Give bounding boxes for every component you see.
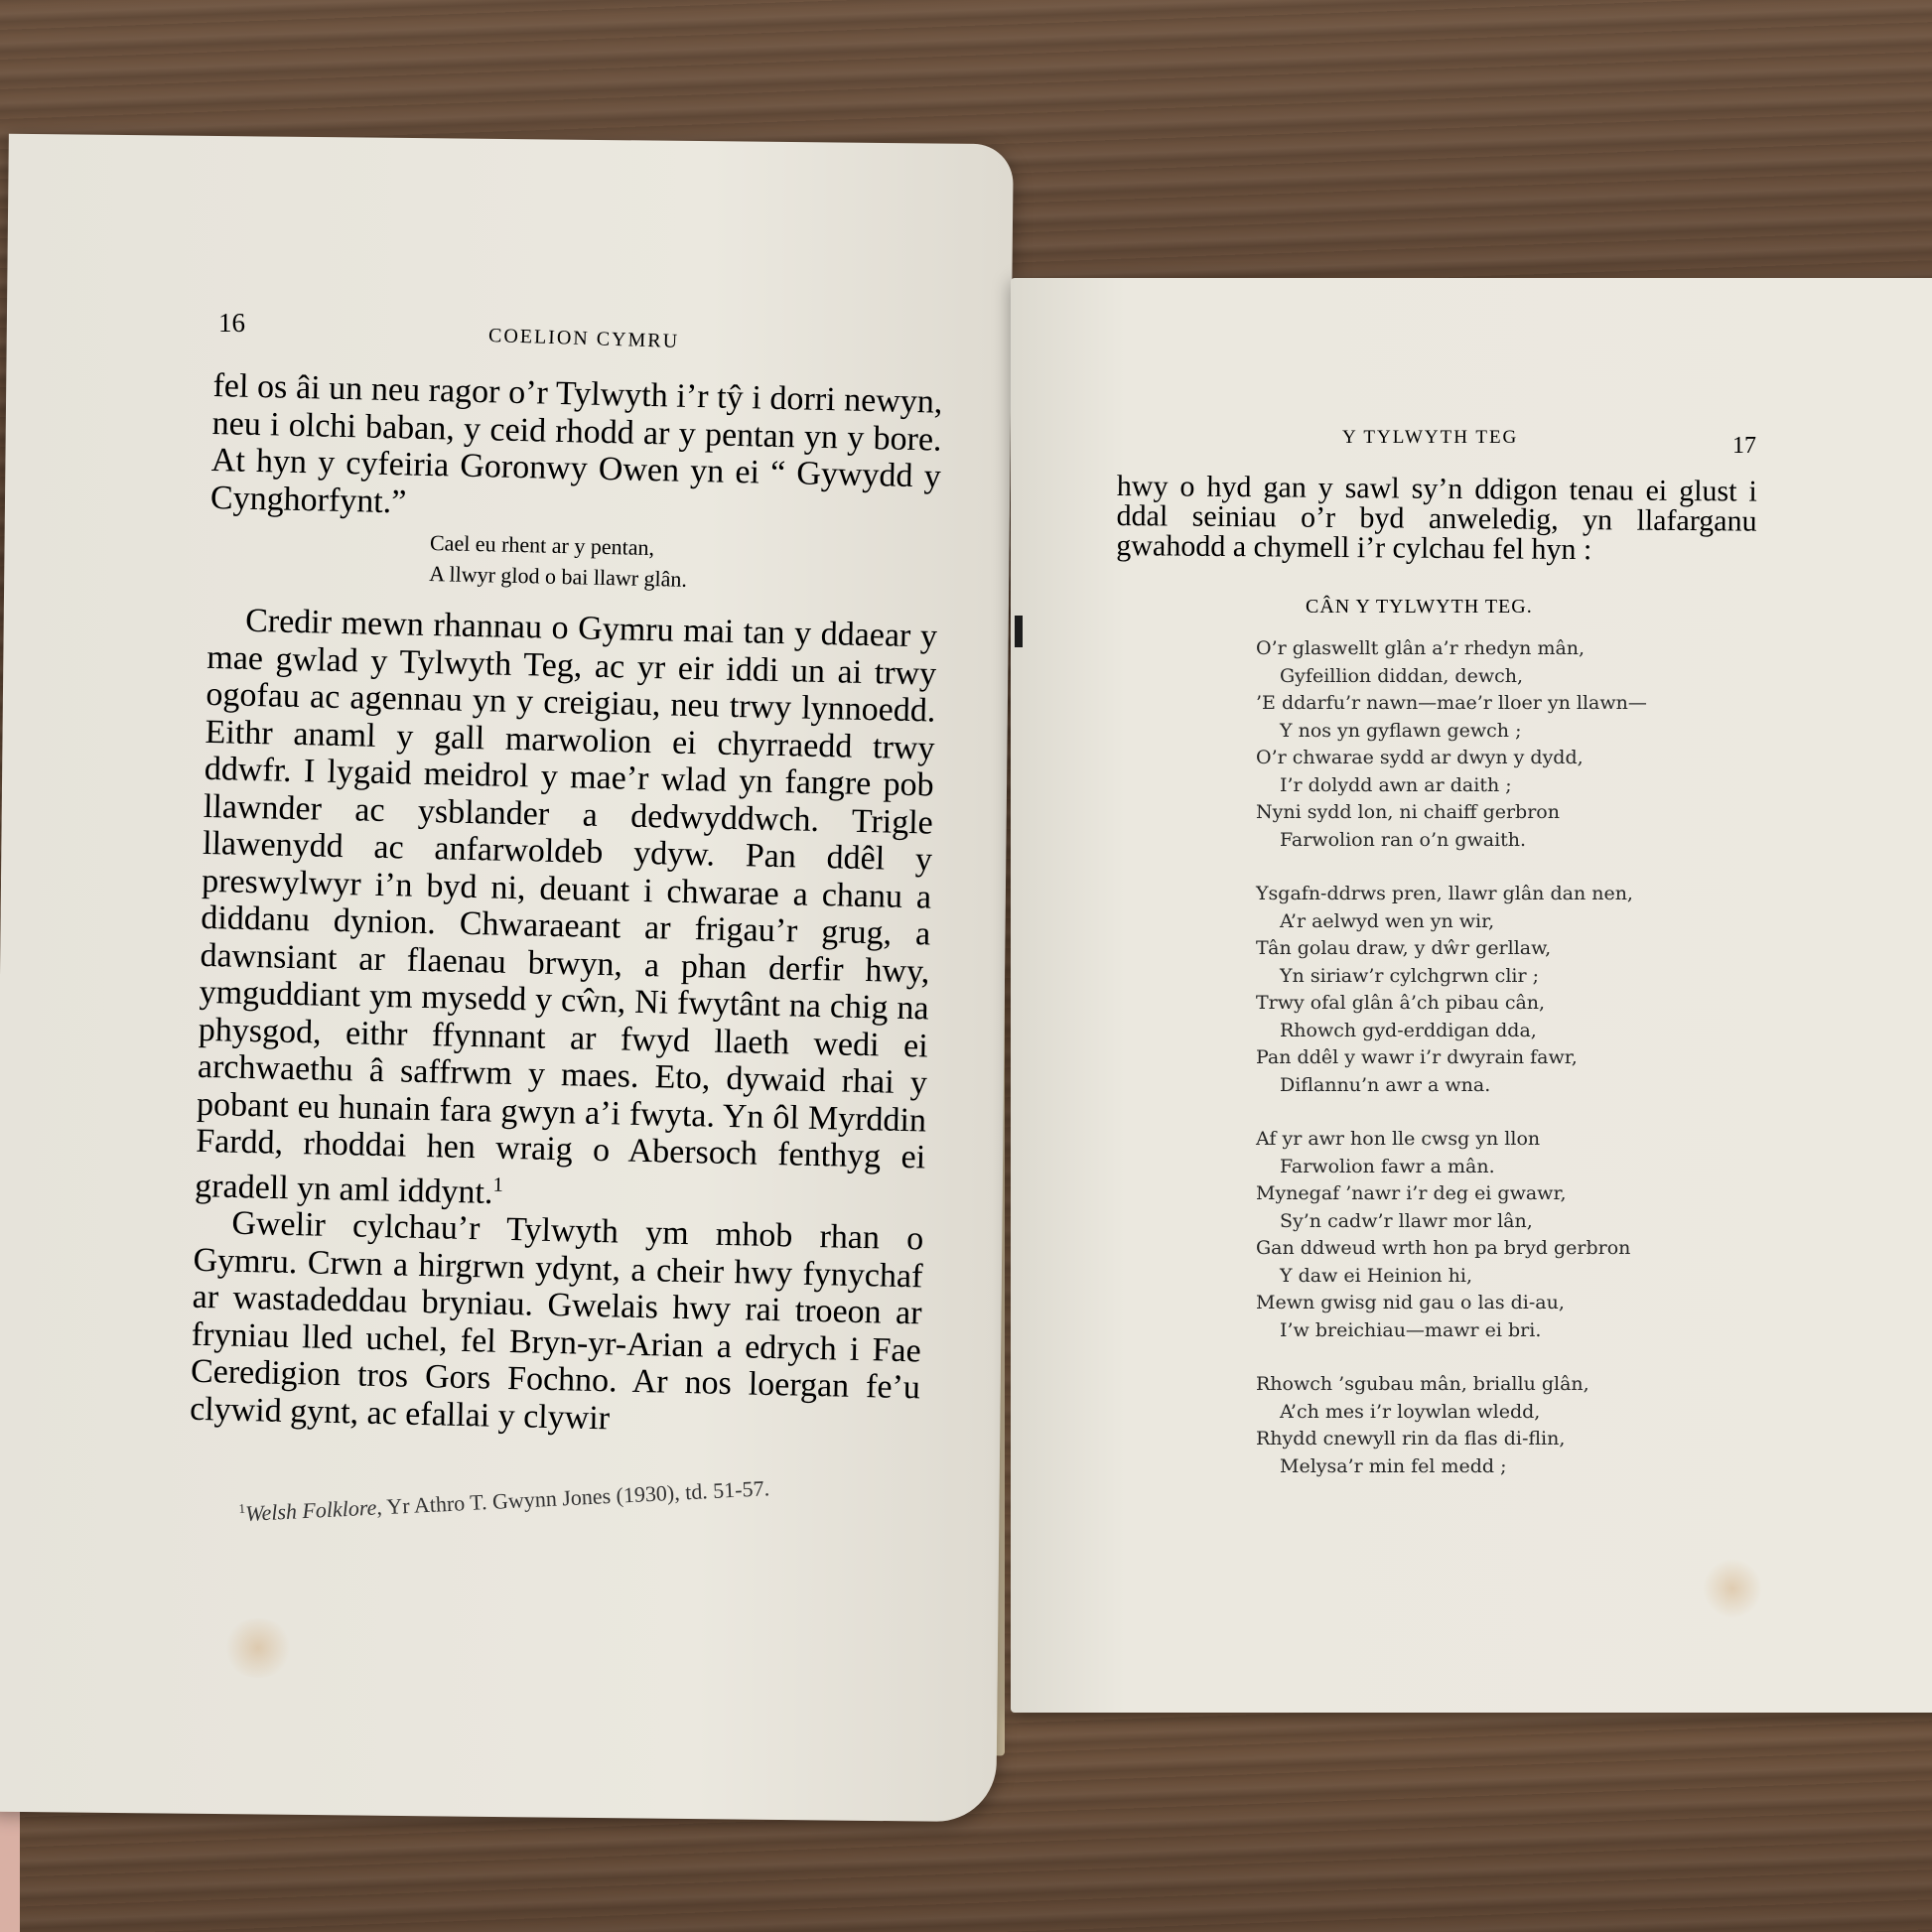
left-page-body: fel os âi un neu ragor o’r Tylwyth i’r t… bbox=[190, 367, 943, 1445]
paragraph: Gwelir cylchau’r Tylwyth ym mhob rhan o … bbox=[190, 1204, 924, 1445]
poem-line: Yn siriaw’r cylchgrwn clir ; bbox=[1256, 963, 1647, 991]
paper-stain bbox=[223, 1618, 293, 1678]
poem-line: Mewn gwisg nid gau o las di-au, bbox=[1256, 1290, 1647, 1317]
poem-line: O’r glaswellt glân a’r rhedyn mân, bbox=[1256, 635, 1647, 663]
stanza: O’r glaswellt glân a’r rhedyn mân, Gyfei… bbox=[1256, 635, 1647, 854]
poem-line: A’ch mes i’r loywlan wledd, bbox=[1256, 1399, 1647, 1427]
poem-line: Sy’n cadw’r llawr mor lân, bbox=[1256, 1208, 1647, 1236]
poem-line: Af yr awr hon lle cwsg yn llon bbox=[1256, 1126, 1647, 1154]
poem-line: Pan ddêl y wawr i’r dwyrain fawr, bbox=[1256, 1044, 1647, 1072]
poem-line: Melysa’r min fel medd ; bbox=[1256, 1453, 1647, 1481]
paragraph: hwy o hyd gan y sawl sy’n ddigon tenau e… bbox=[1116, 472, 1757, 567]
poem-line: A’r aelwyd wen yn wir, bbox=[1256, 908, 1647, 936]
poem-line: Rhydd cnewyll rin da flas di-flin, bbox=[1256, 1426, 1647, 1453]
right-page-body: hwy o hyd gan y sawl sy’n ddigon tenau e… bbox=[1116, 472, 1757, 567]
paragraph: fel os âi un neu ragor o’r Tylwyth i’r t… bbox=[210, 367, 943, 533]
poem-line: Ysgafn-ddrws pren, llawr glân dan nen, bbox=[1256, 881, 1647, 908]
poem-line: Rhowch gyd-erddigan dda, bbox=[1256, 1018, 1647, 1045]
paragraph-text: Credir mewn rhannau o Gymru mai tan y dd… bbox=[195, 603, 938, 1211]
poem-line: Diflannu’n awr a wna. bbox=[1256, 1072, 1647, 1100]
poem: O’r glaswellt glân a’r rhedyn mân, Gyfei… bbox=[1256, 635, 1647, 1507]
footnote-title: Welsh Folklore bbox=[245, 1495, 377, 1526]
poem-line: I’r dolydd awn ar daith ; bbox=[1256, 772, 1647, 800]
running-header-right: Y TYLWYTH TEG bbox=[1342, 427, 1518, 449]
poem-line: ’E ddarfu’r nawn—mae’r lloer yn llawn— bbox=[1256, 690, 1647, 718]
poem-line: Gan ddweud wrth hon pa bryd gerbron bbox=[1256, 1235, 1647, 1263]
stanza: Af yr awr hon lle cwsg yn llon Farwolion… bbox=[1256, 1126, 1647, 1344]
footnote-reference: 1 bbox=[492, 1173, 503, 1195]
poem-line: O’r chwarae sydd ar dwyn y dydd, bbox=[1256, 745, 1647, 772]
paper-stain bbox=[1703, 1559, 1762, 1618]
stanza: Ysgafn-ddrws pren, llawr glân dan nen, A… bbox=[1256, 881, 1647, 1099]
poem-title: CÂN Y TYLWYTH TEG. bbox=[1306, 596, 1533, 619]
paragraph: Credir mewn rhannau o Gymru mai tan y dd… bbox=[195, 602, 938, 1221]
poem-line: Y daw ei Heinion hi, bbox=[1256, 1263, 1647, 1291]
poem-line: Nyni sydd lon, ni chaiff gerbron bbox=[1256, 799, 1647, 827]
quoted-verse: Cael eu rhent ar y pentan, A llwyr glod … bbox=[429, 527, 939, 601]
poem-line: Rhowch ’sgubau mân, briallu glân, bbox=[1256, 1371, 1647, 1399]
poem-line: Tân golau draw, y dŵr gerllaw, bbox=[1256, 935, 1647, 963]
poem-line: Farwolion ran o’n gwaith. bbox=[1256, 827, 1647, 855]
gutter-mark bbox=[1015, 616, 1023, 647]
stanza: Rhowch ’sgubau mân, briallu glân, A’ch m… bbox=[1256, 1371, 1647, 1480]
poem-line: Farwolion fawr a mân. bbox=[1256, 1154, 1647, 1181]
page-number-left: 16 bbox=[218, 308, 245, 339]
poem-line: Y nos yn gyflawn gewch ; bbox=[1256, 718, 1647, 746]
poem-line: Mynegaf ’nawr i’r deg ei gwawr, bbox=[1256, 1180, 1647, 1208]
poem-line: I’w breichiau—mawr ei bri. bbox=[1256, 1317, 1647, 1345]
poem-line: Trwy ofal glân â’ch pibau cân, bbox=[1256, 990, 1647, 1018]
page-number-right: 17 bbox=[1732, 433, 1756, 460]
poem-line: Gyfeillion diddan, dewch, bbox=[1256, 663, 1647, 691]
